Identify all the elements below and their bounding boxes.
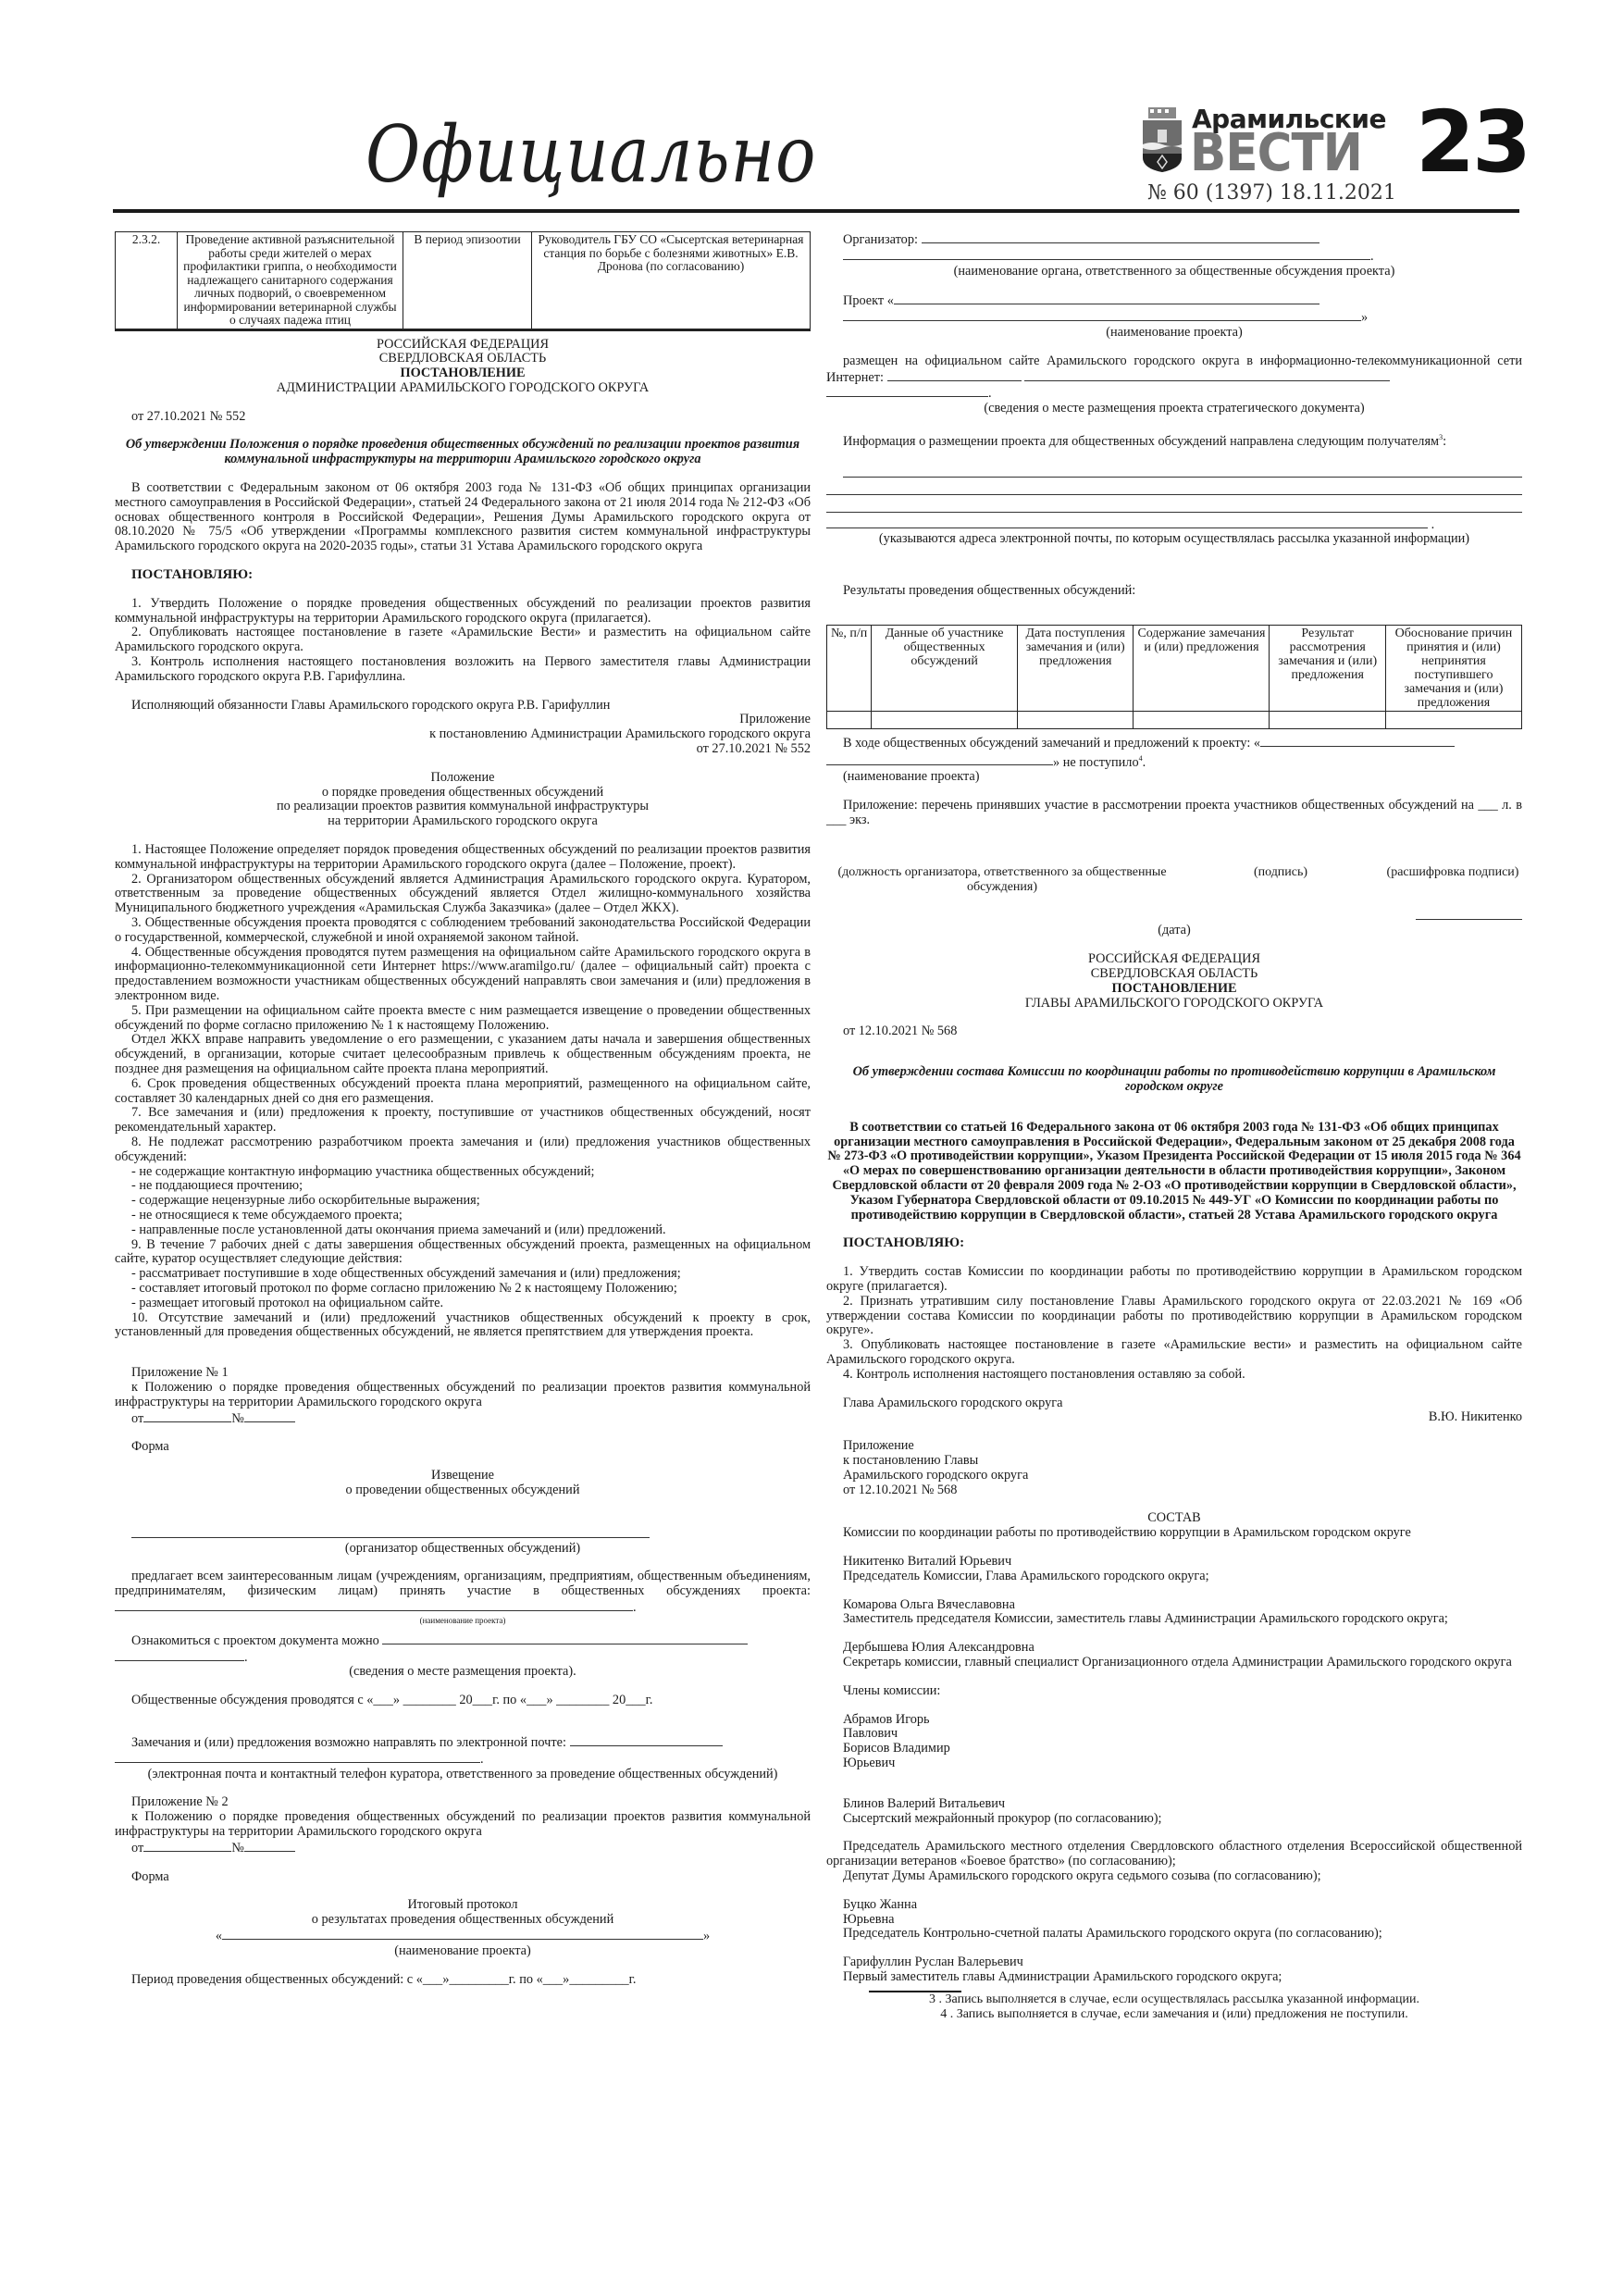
none-received: В ходе общественных обсуждений замечаний… bbox=[826, 735, 1522, 751]
decree568-item: 2. Признать утратившим силу постановлени… bbox=[826, 1295, 1522, 1338]
table-cell[interactable] bbox=[827, 711, 872, 728]
plan-num: 2.3.2. bbox=[116, 232, 178, 330]
regulation-paragraph: - не относящиеся к теме обсуждаемого про… bbox=[115, 1209, 811, 1223]
protocol-project-field[interactable] bbox=[222, 1928, 703, 1940]
regulation-paragraph: 8. Не подлежат рассмотрению разработчико… bbox=[115, 1136, 811, 1165]
table-cell[interactable] bbox=[1017, 711, 1134, 728]
commission-leaders: Никитенко Виталий ЮрьевичПредседатель Ко… bbox=[826, 1555, 1522, 1684]
regulation-paragraph: - не содержащие контактную информацию уч… bbox=[115, 1165, 811, 1180]
member-line: Председатель Контрольно-счетной палаты А… bbox=[826, 1927, 1522, 1942]
regulation-paragraph: - не поддающиеся прочтению; bbox=[115, 1179, 811, 1194]
decree552-signature: Исполняющий обязанности Главы Арамильско… bbox=[115, 699, 811, 714]
decree552-title: Об утверждении Положения о порядке прове… bbox=[115, 438, 811, 467]
regulation-paragraph: - содержащие нецензурные либо оскорбител… bbox=[115, 1194, 811, 1209]
decree568-date: от 12.10.2021 № 568 bbox=[826, 1024, 1522, 1039]
members-block: Абрамов ИгорьПавловичБорисов ВладимирЮрь… bbox=[826, 1713, 1522, 1771]
decree552-item: 3. Контроль исполнения настоящего постан… bbox=[115, 655, 811, 685]
left-column: 2.3.2. Проведение активной разъяснительн… bbox=[115, 231, 811, 1987]
member-line: Председатель Арамильского местного отдел… bbox=[826, 1840, 1522, 1869]
table-header-cell: Дата поступления замечания и (или) предл… bbox=[1017, 625, 1134, 711]
decree568-signature-name: В.Ю. Никитенко bbox=[826, 1410, 1522, 1425]
decree552-item: 1. Утвердить Положение о порядке проведе… bbox=[115, 597, 811, 627]
regulation-paragraph: 1. Настоящее Положение определяет порядо… bbox=[115, 843, 811, 873]
info-sent: Информация о размещении проекта для обще… bbox=[826, 430, 1522, 450]
member-line: Первый заместитель главы Администрации А… bbox=[826, 1970, 1522, 1985]
regulation-paragraph: 5. При размещении на официальном сайте п… bbox=[115, 1004, 811, 1034]
commission-subtitle: Комиссии по координации работы по против… bbox=[826, 1526, 1522, 1541]
decree552-resolve: ПОСТАНОВЛЯЮ: bbox=[115, 568, 811, 583]
placed-caption: (сведения о месте размещения проекта стр… bbox=[826, 402, 1522, 416]
decree568-item: 1. Утвердить состав Комиссии по координа… bbox=[826, 1265, 1522, 1295]
member-name: Юрьевич bbox=[826, 1756, 1522, 1771]
right-column: Организатор: . (наименование органа, отв… bbox=[826, 231, 1522, 2021]
appendix1-review: Ознакомиться с проектом документа можно bbox=[115, 1632, 811, 1649]
table-cell[interactable] bbox=[1385, 711, 1521, 728]
regulation-paragraph: 7. Все замечания и (или) предложения к п… bbox=[115, 1106, 811, 1136]
regulation-paragraph: 2. Организатором общественных обсуждений… bbox=[115, 873, 811, 916]
decree568-title: Об утверждении состава Комиссии по коорд… bbox=[826, 1065, 1522, 1095]
member-line: Буцко Жанна bbox=[826, 1898, 1522, 1913]
organizer-caption-2: (наименование органа, ответственного за … bbox=[826, 265, 1522, 279]
appendix2-period: Период проведения общественных обсуждени… bbox=[115, 1973, 811, 1988]
decree568-preamble: В соответствии со статьей 16 Федеральног… bbox=[826, 1121, 1522, 1223]
recipients-field[interactable] bbox=[826, 481, 1522, 495]
member-name: Павлович bbox=[826, 1727, 1522, 1742]
table-cell[interactable] bbox=[1134, 711, 1270, 728]
project-name-caption: (наименование проекта) bbox=[115, 1616, 811, 1625]
table-header-cell: Обоснование причин принятия и (или) непр… bbox=[1385, 625, 1521, 711]
member-name: Комарова Ольга Вячеславовна bbox=[826, 1598, 1522, 1613]
regulation-paragraph: 3. Общественные обсуждения проекта прово… bbox=[115, 916, 811, 946]
decree568-appendix-ref: Приложение к постановлению Главы Арамиль… bbox=[826, 1439, 1522, 1497]
member-name: Борисов Владимир bbox=[826, 1742, 1522, 1756]
footnote: 4 . Запись выполняется в случае, если за… bbox=[826, 2007, 1522, 2022]
plan-responsible: Руководитель ГБУ СО «Сысертская ветерина… bbox=[532, 232, 811, 330]
member-role: Секретарь комиссии, главный специалист О… bbox=[826, 1656, 1522, 1670]
member-line: Депутат Думы Арамильского городского окр… bbox=[826, 1869, 1522, 1884]
members-label: Члены комиссии: bbox=[826, 1684, 1522, 1699]
decree568-item: 4. Контроль исполнения настоящего постан… bbox=[826, 1368, 1522, 1383]
placement-caption: (сведения о месте размещения проекта). bbox=[115, 1665, 811, 1680]
appendix2-from: от№ bbox=[115, 1840, 811, 1856]
table-header-cell: Результат рассмотрения замечания и (или)… bbox=[1270, 625, 1386, 711]
member-role: Заместитель председателя Комиссии, замес… bbox=[826, 1612, 1522, 1627]
page-number: 23 bbox=[1416, 100, 1529, 185]
section-title: Официально bbox=[365, 109, 816, 200]
sig-date: (дата) bbox=[826, 924, 1522, 938]
coat-of-arms-icon bbox=[1141, 107, 1183, 172]
decree552-header: РОССИЙСКАЯ ФЕДЕРАЦИЯ СВЕРДЛОВСКАЯ ОБЛАСТ… bbox=[115, 338, 811, 396]
project-line: Проект « bbox=[826, 292, 1522, 309]
signature-row: (должность организатора, ответственного … bbox=[826, 865, 1522, 895]
appendix1-ref: к Положению о порядке проведения обществ… bbox=[115, 1381, 811, 1410]
attachment-text: Приложение: перечень принявших участие в… bbox=[826, 799, 1522, 828]
decree552-item: 2. Опубликовать настоящее постановление … bbox=[115, 626, 811, 655]
member-line: Гарифуллин Руслан Валерьевич bbox=[826, 1955, 1522, 1970]
decree552-appendix-ref: Приложение к постановлению Администрации… bbox=[115, 713, 811, 756]
member-line: Юрьевна bbox=[826, 1913, 1522, 1928]
member-line: Сысертский межрайонный прокурор (по согл… bbox=[826, 1812, 1522, 1827]
regulation-paragraph: 9. В течение 7 рабочих дней с даты завер… bbox=[115, 1238, 811, 1268]
appendix2-ref: к Положению о порядке проведения обществ… bbox=[115, 1810, 811, 1840]
appendix1-invite: предлагает всем заинтересованным лицам (… bbox=[115, 1570, 811, 1615]
placed-text: размещен на официальном сайте Арамильско… bbox=[826, 354, 1522, 386]
project-caption: (наименование проекта) bbox=[826, 326, 1522, 341]
organizer-field[interactable] bbox=[131, 1524, 650, 1538]
brand-name-main: ВЕСТИ bbox=[1190, 128, 1362, 180]
footnote: 3 . Запись выполняется в случае, если ос… bbox=[826, 1992, 1522, 2007]
regulation-paragraph: 4. Общественные обсуждения проводятся пу… bbox=[115, 946, 811, 1004]
members-list: Блинов Валерий ВитальевичСысертский межр… bbox=[826, 1797, 1522, 1985]
table-header-row: №, п/пДанные об участнике общественных о… bbox=[827, 625, 1522, 711]
member-role: Председатель Комиссии, Глава Арамильског… bbox=[826, 1570, 1522, 1584]
project-name-field[interactable] bbox=[115, 1599, 633, 1611]
commission-title: СОСТАВ bbox=[826, 1511, 1522, 1526]
email-caption: (электронная почта и контактный телефон … bbox=[115, 1768, 811, 1782]
decree552-preamble: В соответствии с Федеральным законом от … bbox=[115, 481, 811, 554]
regulation-paragraph: 10. Отсутствие замечаний и (или) предлож… bbox=[115, 1311, 811, 1341]
project-input[interactable] bbox=[894, 292, 1319, 304]
appendix1-period: Общественные обсуждения проводятся с «__… bbox=[115, 1694, 811, 1708]
table-header-cell: Данные об участнике общественных обсужде… bbox=[872, 625, 1018, 711]
table-cell[interactable] bbox=[872, 711, 1018, 728]
regulation-paragraph: 6. Срок проведения общественных обсужден… bbox=[115, 1077, 811, 1107]
regulation-paragraph: - размещает итоговый протокол на официал… bbox=[115, 1297, 811, 1311]
plan-period: В период эпизоотии bbox=[403, 232, 532, 330]
recipients-field[interactable] bbox=[826, 499, 1522, 513]
table-row: 2.3.2. Проведение активной разъяснительн… bbox=[116, 232, 811, 330]
regulation-paragraphs: 1. Настоящее Положение определяет порядо… bbox=[115, 843, 811, 1340]
member-line: Блинов Валерий Витальевич bbox=[826, 1797, 1522, 1812]
results-table: №, п/пДанные об участнике общественных о… bbox=[826, 625, 1522, 729]
sig-decode: (расшифровка подписи) bbox=[1383, 865, 1522, 895]
organizer-caption: (организатор общественных обсуждений) bbox=[115, 1542, 811, 1557]
decree552-date: от 27.10.2021 № 552 bbox=[115, 410, 811, 425]
member-name: Дербышева Юлия Александровна bbox=[826, 1641, 1522, 1656]
regulation-paragraph: - рассматривает поступившие в ходе общес… bbox=[115, 1267, 811, 1282]
appendix2-title: Итоговый протокол о результатах проведен… bbox=[115, 1898, 811, 1958]
appendix2-label: Приложение № 2 bbox=[115, 1795, 811, 1810]
appendix2-form: Форма bbox=[115, 1870, 811, 1885]
regulation-title: Положение о порядке проведения обществен… bbox=[115, 771, 811, 829]
issue-info: № 60 (1397) 18.11.2021 bbox=[1147, 181, 1396, 205]
results-label: Результаты проведения общественных обсуж… bbox=[826, 584, 1522, 599]
member-name: Абрамов Игорь bbox=[826, 1713, 1522, 1728]
sig-position: (должность организатора, ответственного … bbox=[826, 865, 1178, 895]
appendix1-email: Замечания и (или) предложения возможно н… bbox=[115, 1734, 811, 1751]
decree568-signature-role: Глава Арамильского городского округа bbox=[826, 1396, 1522, 1411]
regulation-paragraph: - составляет итоговый протокол по форме … bbox=[115, 1282, 811, 1297]
decree568-item: 3. Опубликовать настоящее постановление … bbox=[826, 1338, 1522, 1368]
emails-caption: (указываются адреса электронной почты, п… bbox=[826, 532, 1522, 547]
sig-signature: (подпись) bbox=[1230, 865, 1332, 895]
table-row bbox=[827, 711, 1522, 728]
regulation-paragraph: - направленные после установленной даты … bbox=[115, 1223, 811, 1238]
plan-table: 2.3.2. Проведение активной разъяснительн… bbox=[115, 231, 811, 331]
none-caption: (наименование проекта) bbox=[826, 770, 1522, 785]
appendix1-form: Форма bbox=[115, 1440, 811, 1455]
header-rule bbox=[113, 209, 1519, 213]
table-cell[interactable] bbox=[1270, 711, 1386, 728]
email-field[interactable] bbox=[570, 1734, 723, 1746]
table-header-cell: Содержание замечания и (или) предложения bbox=[1134, 625, 1270, 711]
decree568-header: РОССИЙСКАЯ ФЕДЕРАЦИЯ СВЕРДЛОВСКАЯ ОБЛАСТ… bbox=[826, 952, 1522, 1011]
decree568-resolve: ПОСТАНОВЛЯЮ: bbox=[826, 1236, 1522, 1251]
plan-activity: Проведение активной разъяснительной рабо… bbox=[178, 232, 403, 330]
recipients-field[interactable] bbox=[843, 464, 1522, 478]
appendix1-title: Извещение о проведении общественных обсу… bbox=[115, 1469, 811, 1498]
regulation-paragraph: Отдел ЖКХ вправе направить уведомление о… bbox=[115, 1033, 811, 1076]
review-field[interactable] bbox=[382, 1632, 748, 1644]
table-header-cell: №, п/п bbox=[827, 625, 872, 711]
organizer-line: Организатор: bbox=[826, 231, 1522, 248]
organizer-input[interactable] bbox=[922, 231, 1319, 243]
member-name: Никитенко Виталий Юрьевич bbox=[826, 1555, 1522, 1570]
appendix1-label: Приложение № 1 bbox=[115, 1366, 811, 1381]
appendix1-from: от№ bbox=[115, 1410, 811, 1427]
